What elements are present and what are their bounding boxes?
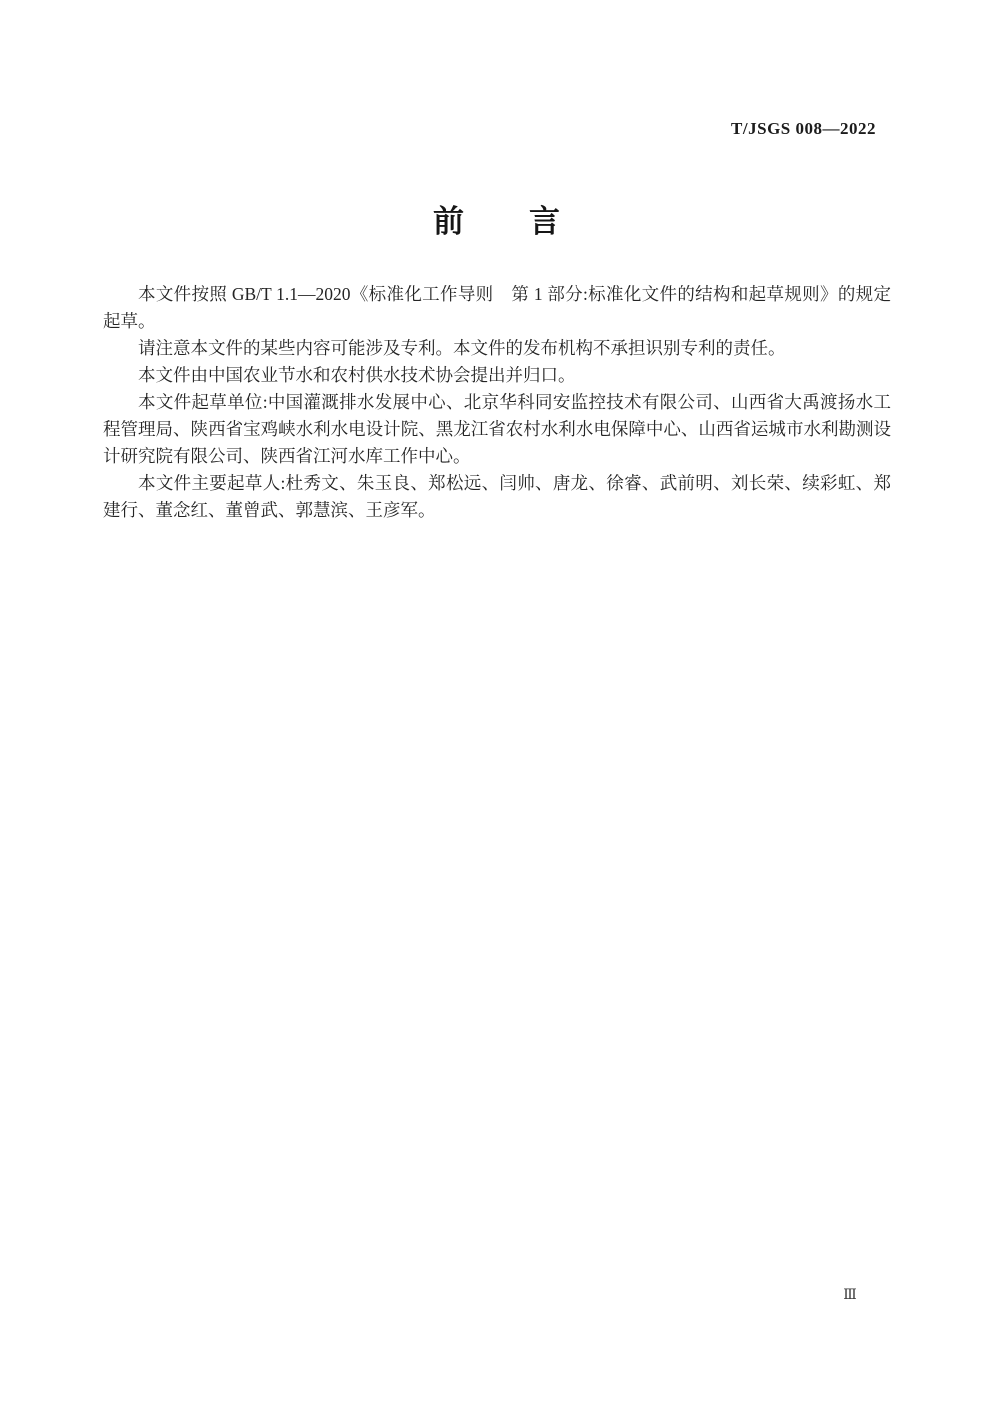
foreword-paragraph-patent-notice: 请注意本文件的某些内容可能涉及专利。本文件的发布机构不承担识别专利的责任。 [103, 335, 891, 362]
foreword-paragraph-drafters: 本文件主要起草人:杜秀文、朱玉良、郑松远、闫帅、唐龙、徐睿、武前明、刘长荣、续彩… [103, 470, 891, 524]
page-title: 前 言 [103, 196, 891, 241]
foreword-paragraph-basis: 本文件按照 GB/T 1.1—2020《标准化工作导则 第 1 部分:标准化文件… [103, 281, 891, 335]
doc-number: T/JSGS 008—2022 [731, 119, 876, 139]
foreword-paragraph-proposer: 本文件由中国农业节水和农村供水技术协会提出并归口。 [103, 362, 891, 389]
page-number: Ⅲ [820, 1287, 880, 1304]
document-page: T/JSGS 008—2022 前 言 本文件按照 GB/T 1.1—2020《… [0, 0, 992, 1403]
foreword-paragraph-drafting-organizations: 本文件起草单位:中国灌溉排水发展中心、北京华科同安监控技术有限公司、山西省大禹渡… [103, 389, 891, 470]
foreword-body: 本文件按照 GB/T 1.1—2020《标准化工作导则 第 1 部分:标准化文件… [103, 281, 891, 524]
